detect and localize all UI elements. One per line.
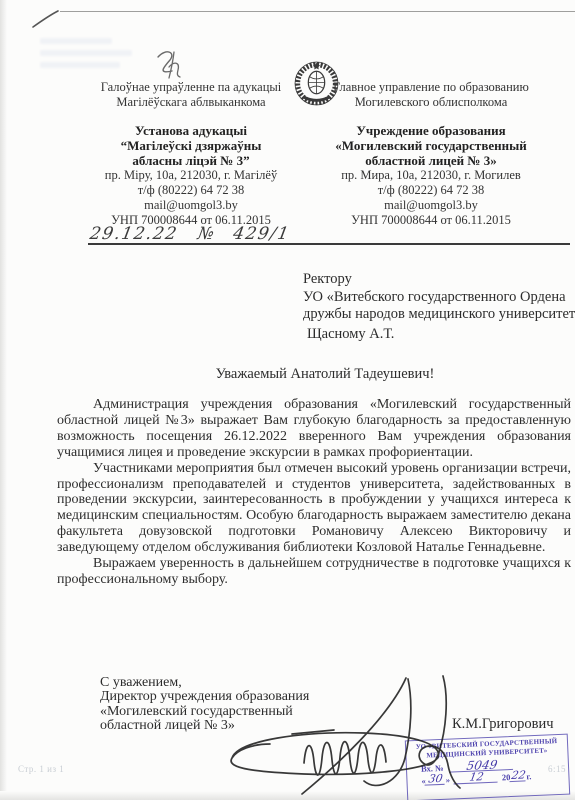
stamp-month-handwritten: 12: [453, 772, 499, 785]
org-unp-ru: УНП 700008644 от 06.11.2015: [318, 213, 544, 228]
stamp-year-handwritten: 22: [509, 770, 527, 782]
org-name-ru: Учреждение образования: [318, 123, 544, 138]
stamp-close-quote: »: [446, 775, 451, 785]
signoff-position: Директор учреждения образования: [100, 690, 309, 704]
org-address-be: пр. Міру, 10а, 212030, г. Магілёў: [62, 168, 320, 183]
recipient-org: УО «Витебского государственного Ордена: [303, 289, 575, 307]
stamp-date-row: « 30 » 12 20 22 г.: [421, 769, 560, 786]
authority-name-be: Галоўнае упраўленне па адукацыі: [62, 80, 320, 95]
initials-squiggle: [158, 52, 172, 72]
letterhead-right-column: Главное управление по образованию Могиле…: [318, 80, 544, 228]
scan-edge-left: [0, 0, 7, 800]
signoff-org: «Могилевский государственный: [100, 705, 309, 719]
org-address-ru: пр. Мира, 10а, 212030, г. Могилев: [318, 168, 544, 183]
body-paragraph: Участниками мероприятия был отмечен высо…: [57, 461, 571, 556]
signoff-regards: С уважением,: [100, 676, 309, 690]
recipient-person: Щасному А.Т.: [303, 326, 575, 344]
recipient-title: Ректору: [303, 271, 575, 289]
incoming-registration-stamp: УО «ВИТЕБСКИЙ ГОСУДАРСТВЕННЫЙ МЕДИЦИНСКИ…: [405, 734, 570, 800]
authority-name-be: Магілёўскага аблвыканкома: [62, 95, 320, 110]
org-name-be: абласны ліцэй № 3”: [62, 153, 320, 168]
belarus-coat-of-arms: [294, 61, 339, 106]
org-email-be: mail@uomgol3.by: [62, 198, 320, 213]
scan-top-line: [60, 11, 575, 12]
authority-name-ru: Главное управление по образованию: [318, 80, 544, 95]
outgoing-reference-handwritten: 29.12.22№429/1: [88, 224, 291, 244]
bleed-through-line: [40, 38, 112, 44]
page-footer-ghost: Стр. 1 из 1: [18, 764, 64, 774]
stamp-day-handwritten: 30: [425, 774, 447, 786]
outgoing-number: 429/1: [232, 224, 292, 244]
scanned-letter-page: Стр. 1 из 1 6:15 Галоўнае упраўленне па …: [0, 0, 575, 800]
letter-body: Администрация учреждения образования «Мо…: [57, 397, 571, 588]
pen-tick-mark: [33, 11, 58, 27]
outgoing-date: 29.12.22: [88, 224, 179, 244]
body-paragraph: Администрация учреждения образования «Мо…: [57, 397, 571, 461]
bleed-through-line: [40, 50, 132, 56]
body-paragraph: Выражаем уверенность в дальнейшем сотруд…: [57, 556, 571, 588]
org-email-ru: mail@uomgol3.by: [318, 198, 544, 213]
org-phone-ru: т/ф (80222) 64 72 38: [318, 183, 544, 198]
bleed-through-line: [40, 62, 120, 68]
org-name-ru: «Могилевский государственный: [318, 138, 544, 153]
org-phone-be: т/ф (80222) 64 72 38: [62, 183, 320, 198]
recipient-block: Ректору УО «Витебского государственного …: [303, 271, 575, 343]
authority-name-ru: Могилевского облисполкома: [318, 95, 544, 110]
org-name-be: Установа адукацыі: [62, 123, 320, 138]
recipient-org: дружбы народов медицинского университета: [303, 306, 575, 324]
signoff-block: С уважением, Директор учреждения образов…: [100, 676, 309, 733]
letterhead-left-column: Галоўнае упраўленне па адукацыі Магілёўс…: [62, 80, 320, 228]
org-name-ru: областной лицей № 3»: [318, 153, 544, 168]
org-name-be: “Магілеўскі дзяржаўны: [62, 138, 320, 153]
initials-squiggle: [169, 52, 180, 78]
stamp-year-suffix: г.: [526, 771, 531, 781]
number-sign: №: [196, 224, 217, 244]
signer-name: К.М.Григорович: [452, 716, 554, 733]
signoff-org: областной лицей № 3»: [100, 719, 309, 733]
salutation: Уважаемый Анатолий Тадеушевич!: [75, 366, 575, 383]
